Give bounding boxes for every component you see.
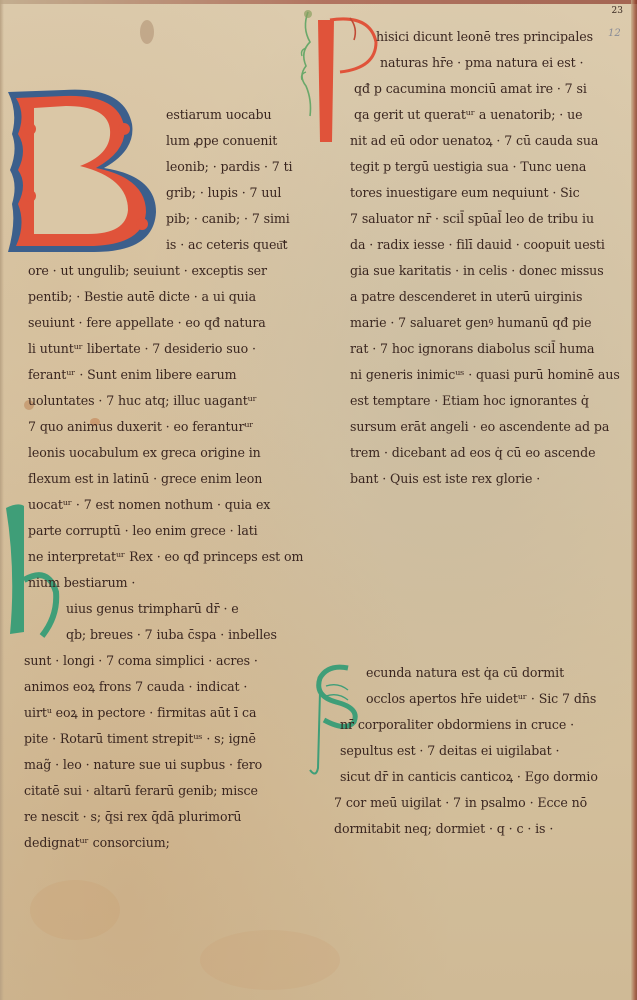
text-line: sepultus est · 7 deitas ei uigilabat · xyxy=(340,738,559,764)
text-line: lum ꝓpe conuenit xyxy=(166,128,277,154)
text-line: ne interpretatᵘʳ Rex · eo qđ princeps es… xyxy=(28,544,303,570)
text-line: qa gerit ut queratᵘʳ a uenatorib; · ue xyxy=(354,102,582,128)
text-line: sursum erāt angeli · eo ascendente ad pa xyxy=(350,414,609,440)
text-line: hisici dicunt leonē tres principales xyxy=(376,24,593,50)
text-line: ferantᵘʳ · Sunt enim libere earum xyxy=(28,362,236,388)
text-line: estiarum uocabu xyxy=(166,102,272,128)
marginal-note: 12 xyxy=(608,28,621,39)
text-line: sunt · longi · 7 coma simplici · acres · xyxy=(24,648,258,674)
stain xyxy=(200,930,340,990)
illuminated-initial-b-icon xyxy=(4,84,160,256)
text-line: leonis uocabulum ex greca origine in xyxy=(28,440,261,466)
text-line: nr̄ corporaliter obdormiens in cruce · xyxy=(340,712,574,738)
text-line: pentib; · Bestie autē dicte · a ui quia xyxy=(28,284,256,310)
stain xyxy=(30,880,120,940)
text-line: seuiunt · fere appellate · eo qđ natura xyxy=(28,310,266,336)
text-line: pib; · canib; · 7 simi xyxy=(166,206,290,232)
text-line: tegit p tergū uestigia sua · Tunc uena xyxy=(350,154,586,180)
text-line: tores inuestigare eum nequiunt · Sic xyxy=(350,180,580,206)
text-line: sicut dr̄ in canticis canticoꝝ · Ego dor… xyxy=(340,764,598,790)
text-line: 7 saluator nr̄ · scil̄ spūal̄ leo de tri… xyxy=(350,206,594,232)
text-line: nit ad eū odor uenatoꝝ · 7 cū cauda sua xyxy=(350,128,598,154)
text-line: nium bestiarum · xyxy=(28,570,135,596)
text-line: qđ p cacumina monciū amat ire · 7 si xyxy=(354,76,587,102)
text-line: mag̃ · leo · nature sue ui supbus · fero xyxy=(24,752,262,778)
text-line: bant · Quis est iste rex glorie · xyxy=(350,466,540,492)
text-line: trem · dicebant ad eos q̇ cū eo ascende xyxy=(350,440,595,466)
text-line: naturas hr̄e · pma natura ei est · xyxy=(380,50,583,76)
text-line: dormitabit neq; dormiet · q · c · is · xyxy=(334,816,553,842)
text-line: rat · 7 hoc ignorans diabolus scil̄ huma xyxy=(350,336,594,362)
text-line: gia sue karitatis · in celis · donec mis… xyxy=(350,258,604,284)
text-line: is · ac ceteris queu͞t xyxy=(166,232,287,258)
text-line: leonib; · pardis · 7 ti xyxy=(166,154,292,180)
text-line: dedignatᵘʳ consorcium; xyxy=(24,830,170,856)
text-line: pite · Rotarū timent strepitᵘˢ · s; ignē xyxy=(24,726,256,752)
text-line: qb; breues · 7 iuba c̄spa · inbelles xyxy=(66,622,277,648)
text-line: uoluntates · 7 huc atq; illuc uagantᵘʳ xyxy=(28,388,257,414)
manuscript-page: 23 12 estiarum uocabu lum ꝓpe conuenit xyxy=(0,0,637,1000)
text-line: occlos apertos hr̄e uidetᵘʳ · Sic 7 dn̄s xyxy=(366,686,596,712)
text-line: animos eoꝝ frons 7 cauda · indicat · xyxy=(24,674,247,700)
page-top-edge xyxy=(0,0,637,4)
text-line: da · radix iesse · filī dauid · coopuit … xyxy=(350,232,605,258)
text-line: grib; · lupis · 7 uul xyxy=(166,180,281,206)
text-line: marie · 7 saluaret genꝰ humanū qđ pie xyxy=(350,310,591,336)
text-line: uirtᵘ eoꝝ in pectore · firmitas aūt ī ca xyxy=(24,700,256,726)
text-line: ecunda natura est q̇a cū dormit xyxy=(366,660,564,686)
folio-number: 23 xyxy=(612,6,623,16)
text-line: ore · ut ungulib; seuiunt · exceptis ser xyxy=(28,258,267,284)
text-line: flexum est in latinū · grece enim leon xyxy=(28,466,262,492)
text-line: uocatᵘʳ · 7 est nomen nothum · quia ex xyxy=(28,492,270,518)
text-line: ni generis inimicᵘˢ · quasi purū hominē … xyxy=(350,362,620,388)
text-line: a patre descenderet in uterū uirginis xyxy=(350,284,582,310)
page-right-edge xyxy=(631,0,637,1000)
text-line: re nescit · s; q̄si rex q̄dā plurimorū xyxy=(24,804,241,830)
text-line: parte corruptū · leo enim grece · lati xyxy=(28,518,258,544)
stain xyxy=(140,20,154,44)
text-line: est temptare · Etiam hoc ignorantes q̇ xyxy=(350,388,589,414)
text-line: uius genus trimpharū dr̄ · e xyxy=(66,596,239,622)
text-line: 7 cor meū uigilat · 7 in psalmo · Ecce n… xyxy=(334,790,587,816)
text-line: citatē sui · altarū ferarū genib; misce xyxy=(24,778,258,804)
text-line: li utuntᵘʳ libertate · 7 desiderio suo · xyxy=(28,336,256,362)
text-line: 7 quo animus duxerit · eo feranturᵘʳ xyxy=(28,414,254,440)
